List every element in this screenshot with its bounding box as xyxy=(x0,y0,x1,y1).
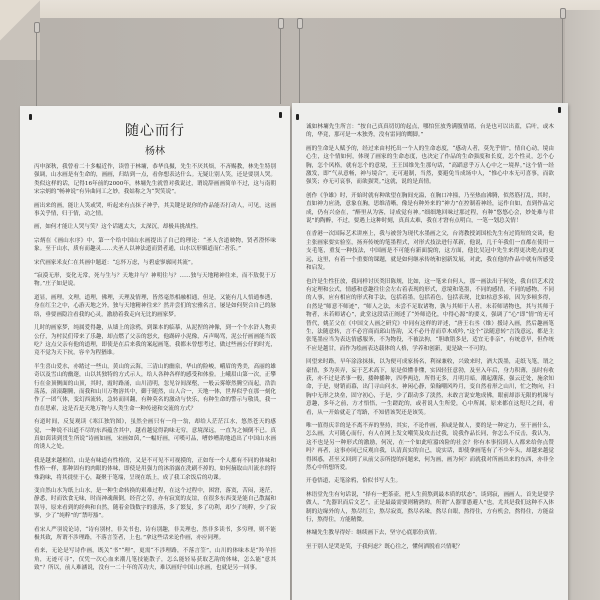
paragraph: 儿时的画家梦，纯属爱得趣，从墙上的涂鸦，到课本的临摹，从泥捏的神像，到一个个水浒… xyxy=(34,324,276,358)
paragraph: 在香港一次国际艺术讲座上，我与被誉为现代水墨画之父，台湾教授刘国松先生有过简短的… xyxy=(306,230,554,272)
paragraph: 唯一值得庆幸的是不离不弃的坚持，其实，不论作画，抑或是做人，要的是一种定力，至于… xyxy=(306,422,554,472)
paragraph: 创作《争雄》时，开始时就有种欲望在胸间充溢，在胸口冲撞，乃至热血沸腾，似然筋打乱… xyxy=(306,192,554,226)
paragraph: 林语堂先生有句话说，“择有一把茶壶，把人生煎熬到最本质的状态”，谈到寂，画画人，… xyxy=(306,491,554,525)
panel-clip xyxy=(558,107,561,113)
paragraph: 林墉先生教导得好：继续画下去，坚守心底那份真情。 xyxy=(306,529,554,537)
wire-hook xyxy=(278,18,284,29)
wall-corner xyxy=(565,10,600,600)
hanging-wire xyxy=(562,8,563,104)
text-panel-right: 诚如林墉先生所言：“按自己真真切切的起点，哪怕狂放秀满腹情绪，台是也可以出蓝，后… xyxy=(292,103,568,600)
hanging-wire xyxy=(299,18,300,104)
paragraph: 也许是生性狂放，我同样讨厌类旧陈规，比如，这一笔来自何人，那一画法出于何处，我自… xyxy=(306,278,554,354)
article-body-right: 诚如林墉先生所言：“按自己真真切切的起点，哪怕狂放秀满腹情绪，台是也可以出蓝，后… xyxy=(292,103,568,551)
text-panel-left: 随心而行 杨林 丙申深秋，我曾看二十多幅近作，读曾于林墉，恭华良摄，先生不厌其烦… xyxy=(20,106,290,600)
paragraph: 道显，画理，文理，道理，佛理，天理及情理，皆然毫然相融相通，但是，又能有几人悟通… xyxy=(34,294,276,319)
wire-hook xyxy=(560,8,566,19)
wire-hook xyxy=(297,18,303,29)
paragraph: 宗炳在《画山水序》中，第一个给中国山水画提出了自己的理论：“圣人含道映物，贤者澄… xyxy=(34,237,276,254)
article-title: 随心而行 xyxy=(20,120,290,140)
article-body-left: 丙申深秋，我曾看二十多幅近作，读曾于林墉，恭华良摄，先生不厌其烦，不吝赐教，林先… xyxy=(20,163,290,573)
paragraph: 丙申深秋，我曾看二十多幅近作，读曾于林墉，恭华良摄，先生不厌其烦，不吝赐教，林先… xyxy=(34,163,276,197)
paragraph: 变自然山水为纸上山水，是一种生命转换的艰难过程，在这个过程中，困窘，落寞，苦闷，… xyxy=(34,487,276,521)
paragraph: 诚如林墉先生所言：“按自己真真切切的起点，哪怕狂放秀满腹情绪，台是也可以出蓝，后… xyxy=(306,123,554,140)
panel-clip xyxy=(296,114,299,120)
paragraph: 回望来时路，早年涂涂抹抹，以为便可成家扬名，利禄兼收，兴致来时，酒大泼墨，走纸飞… xyxy=(306,358,554,417)
article-author: 杨林 xyxy=(20,142,290,157)
hanging-wire xyxy=(280,18,281,104)
hanging-wire xyxy=(36,22,37,106)
paragraph: 至于别人是哭是笑，于我何虑？既心往之，懂何洒脱看兴情呢？ xyxy=(306,543,554,551)
paragraph: 画出来的画，能让人笑或哭，听起来有点抹子神乎，其关键是说你的作品能否打动人，可见… xyxy=(34,202,276,219)
paragraph: 看来，无论是写诗作画，既关“书”“理”，更需“不涉理路，不落言筌”，山川的体味本… xyxy=(34,547,276,572)
paragraph: 有道时间，反复观读《寒江独钓图》，虽然全画只有一舟一翁，却给人茫茫江水，悠然苍天… xyxy=(34,418,276,452)
paragraph: 半生喜山爱水，亦踏过一些山，黄山的云海，三清山的幽泉，华山的险峻，峨眉的秀美，高… xyxy=(34,363,276,413)
paragraph: 开卷悟道，走笔涂鸦，恰似书写人生。 xyxy=(306,477,554,485)
paragraph: 宋代画家米友仁在其画中题道：“忘怀万虑，与碧虚寥廓同其流”。 xyxy=(34,259,276,267)
wire-hook xyxy=(34,22,40,33)
paragraph: 看宋人严羽说论诗，“诗有别材，非关书也，诗有别趣，非关理也，然非多读书，多穷理，… xyxy=(34,526,276,543)
paragraph: 画，如何才能让人哭与笑？这个话题太大，太深沉，却极具挑战性。 xyxy=(34,223,276,231)
paragraph: 画的生命是人赋予的，经过来由衬托出一个人的生命态度，“感动人者，莫先乎情”，情自… xyxy=(306,145,554,187)
panel-clip xyxy=(29,114,32,120)
paragraph: 我是越来越相信，山是有味道有性格的，又是不可见不可视摸的，正如每一个人都有不同的… xyxy=(34,457,276,482)
panel-clip xyxy=(279,112,282,118)
paragraph: “寂漠无形，变化无常，死与生与？天地并与？神明往与？……独与天地精神往来，而不敖… xyxy=(34,272,276,289)
